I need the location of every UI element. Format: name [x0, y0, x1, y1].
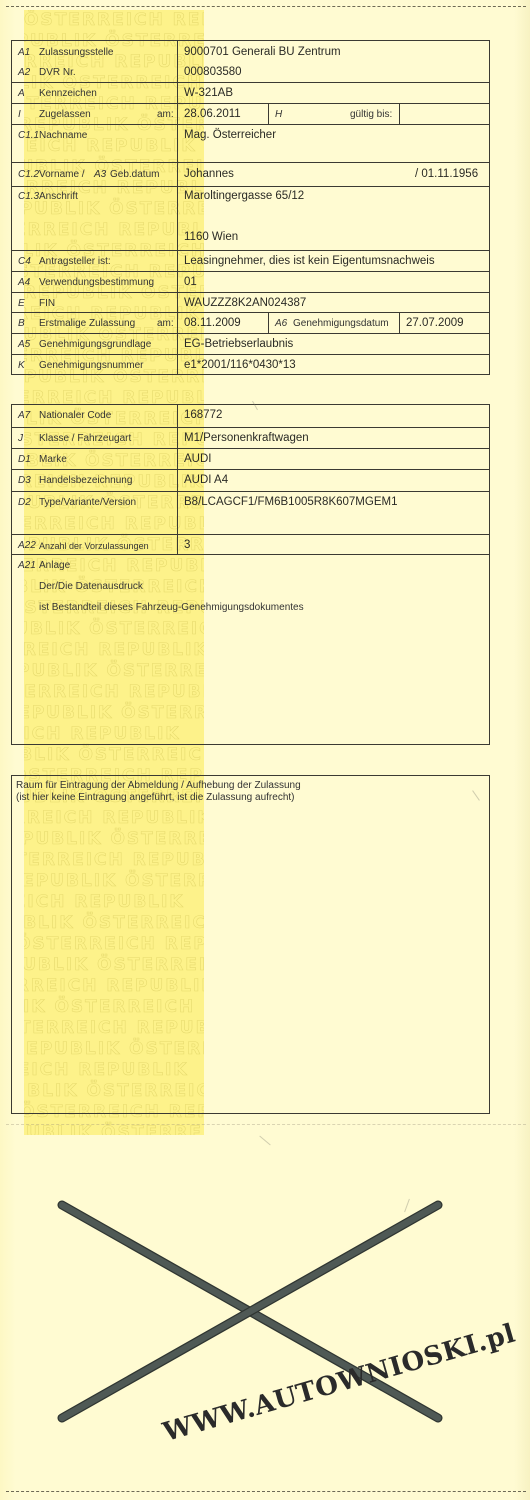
fold-line [6, 1124, 526, 1125]
row-a7: A7 Nationaler Code 168772 [12, 405, 489, 427]
field-code: A6 [275, 318, 287, 329]
row-c1-2: C1.2 Vorname / A3 Geb.datum Johannes / 0… [12, 162, 489, 186]
field-code: A2 [18, 67, 30, 78]
row-k: K Genehmigungsnummer e1*2001/116*0430*13 [12, 354, 489, 375]
field-value-type-variante-version: B8/LCAGCF1/FM6B1005R8K607MGEM1 [184, 496, 397, 508]
field-code: A [18, 88, 25, 99]
field-value-genehmigungsdatum: 27.07.2009 [406, 317, 464, 329]
row-c1-1: C1.1 Nachname Mag. Österreicher [12, 124, 489, 162]
row-d1: D1 Marke AUDI [12, 448, 489, 469]
field-value-nationaler-code: 168772 [184, 409, 222, 421]
field-label: Genehmigungsgrundlage [39, 339, 151, 350]
field-value-marke: AUDI [184, 453, 211, 465]
anlage-line-2: ist Bestandteil dieses Fahrzeug-Genehmig… [39, 602, 304, 613]
row-a22: A22 Anzahl der Vorzulassungen 3 [12, 534, 489, 554]
row-c4: C4 Antragsteller ist: Leasingnehmer, die… [12, 250, 489, 271]
field-value-vorzulassungen: 3 [184, 539, 190, 551]
field-suffix: am: [157, 109, 174, 120]
deregistration-box: Raum für Eintragung der Abmeldung / Aufh… [11, 775, 490, 1114]
field-label: Genehmigungsnummer [39, 360, 144, 371]
field-label: FIN [39, 298, 55, 309]
field-code: E [18, 298, 25, 309]
field-label: Anzahl der Vorzulassungen [39, 541, 149, 551]
row-c1-3: C1.3 Anschrift Maroltingergasse 65/12 11… [12, 186, 489, 250]
field-label: Handelsbezeichnung [39, 475, 132, 486]
field-value-geburtsdatum: / 01.11.1956 [415, 168, 478, 180]
field-value-nachname: Mag. Österreicher [184, 129, 276, 141]
field-label: Nachname [39, 130, 87, 141]
field-label: Kennzeichen [39, 88, 97, 99]
field-label: Verwendungsbestimmung [39, 277, 154, 288]
row-e: E FIN WAUZZZ8K2AN024387 [12, 292, 489, 312]
field-code: A21 [18, 560, 36, 571]
field-value-zugelassen-am: 28.06.2011 [184, 108, 241, 120]
field-code: I [18, 109, 21, 120]
security-pattern-line: ÖSTERREICH REPUBLIK ÖSTERREICH [24, 10, 204, 30]
field-code: D3 [18, 475, 31, 486]
field-code: C1.3 [18, 191, 39, 202]
row-d2: D2 Type/Variante/Version B8/LCAGCF1/FM6B… [12, 491, 489, 534]
field-code: K [18, 360, 25, 371]
field-value-vorname: Johannes [184, 168, 234, 180]
field-value-genehmigungsgrundlage: EG-Betriebserlaubnis [184, 338, 293, 350]
field-label: Type/Variante/Version [39, 497, 136, 508]
field-value-ort: 1160 Wien [184, 231, 238, 243]
field-code: D1 [18, 454, 31, 465]
field-label: Anlage [39, 560, 70, 571]
field-code: A22 [18, 540, 36, 551]
field-code: A5 [18, 339, 30, 350]
field-label: Erstmalige Zulassung [39, 318, 135, 329]
field-label: Genehmigungsdatum [293, 318, 389, 329]
field-label: Zugelassen [39, 109, 91, 120]
field-value-zulassungsstelle: 9000701 Generali BU Zentrum [184, 46, 341, 58]
row-a21-anlage: A21 Anlage Der/Die Datenausdruck ist Bes… [12, 554, 489, 744]
registration-holder-table: A1 Zulassungsstelle 9000701 Generali BU … [11, 40, 490, 375]
field-value-fin: WAUZZZ8K2AN024387 [184, 297, 306, 309]
perforation-bottom [6, 1491, 526, 1492]
field-suffix: am: [157, 318, 174, 329]
field-label: Klasse / Fahrzeugart [39, 433, 131, 444]
deregistration-title: Raum für Eintragung der Abmeldung / Aufh… [16, 780, 301, 791]
field-code: A4 [18, 277, 30, 288]
field-label: Zulassungsstelle [39, 47, 113, 58]
row-a4: A4 Verwendungsbestimmung 01 [12, 271, 489, 292]
field-code: A7 [18, 410, 30, 421]
row-a5: A5 Genehmigungsgrundlage EG-Betriebserla… [12, 333, 489, 354]
row-d3: D3 Handelsbezeichnung AUDI A4 [12, 469, 489, 491]
field-value-genehmigungsnummer: e1*2001/116*0430*13 [184, 359, 296, 371]
field-value-dvr: 000803580 [184, 66, 242, 78]
security-pattern-line: PUBLIK ÖSTERREICH [24, 745, 204, 765]
field-code: A1 [18, 47, 30, 58]
perforation-top [6, 6, 526, 7]
field-label: Vorname / [39, 169, 85, 180]
field-code: J [18, 433, 23, 444]
field-code: C1.2 [18, 169, 39, 180]
vehicle-data-table: A7 Nationaler Code 168772 J Klasse / Fah… [11, 404, 490, 745]
field-value-kennzeichen: W-321AB [184, 87, 233, 99]
field-value-strasse: Maroltingergasse 65/12 [184, 190, 304, 202]
field-value-antragsteller: Leasingnehmer, dies ist kein Eigentumsna… [184, 255, 435, 267]
field-label: Antragsteller ist: [39, 256, 111, 267]
field-value-handelsbezeichnung: AUDI A4 [184, 474, 228, 486]
field-code: H [275, 109, 282, 120]
field-label: DVR Nr. [39, 67, 76, 78]
field-label: Nationaler Code [39, 410, 111, 421]
field-code: C1.1 [18, 130, 39, 141]
row-a1-a2: A1 Zulassungsstelle 9000701 Generali BU … [12, 41, 489, 82]
field-label: Geb.datum [110, 169, 159, 180]
field-label: Marke [39, 454, 67, 465]
field-value-erstzulassung: 08.11.2009 [184, 317, 241, 329]
row-b-a6: B Erstmalige Zulassung am: 08.11.2009 A6… [12, 312, 489, 333]
anlage-line-1: Der/Die Datenausdruck [39, 581, 143, 592]
field-value-klasse: M1/Personenkraftwagen [184, 432, 309, 444]
field-label: Anschrift [39, 191, 78, 202]
field-code: A3 [94, 169, 106, 180]
row-a: A Kennzeichen W-321AB [12, 82, 489, 103]
row-i-h: I Zugelassen am: 28.06.2011 H gültig bis… [12, 103, 489, 124]
field-code: D2 [18, 497, 31, 508]
field-label: gültig bis: [350, 109, 392, 120]
field-code: B [18, 318, 25, 329]
field-value-verwendung: 01 [184, 276, 197, 288]
row-j: J Klasse / Fahrzeugart M1/Personenkraftw… [12, 427, 489, 448]
deregistration-note: (ist hier keine Eintragung angeführt, is… [16, 792, 295, 803]
field-code: C4 [18, 256, 31, 267]
